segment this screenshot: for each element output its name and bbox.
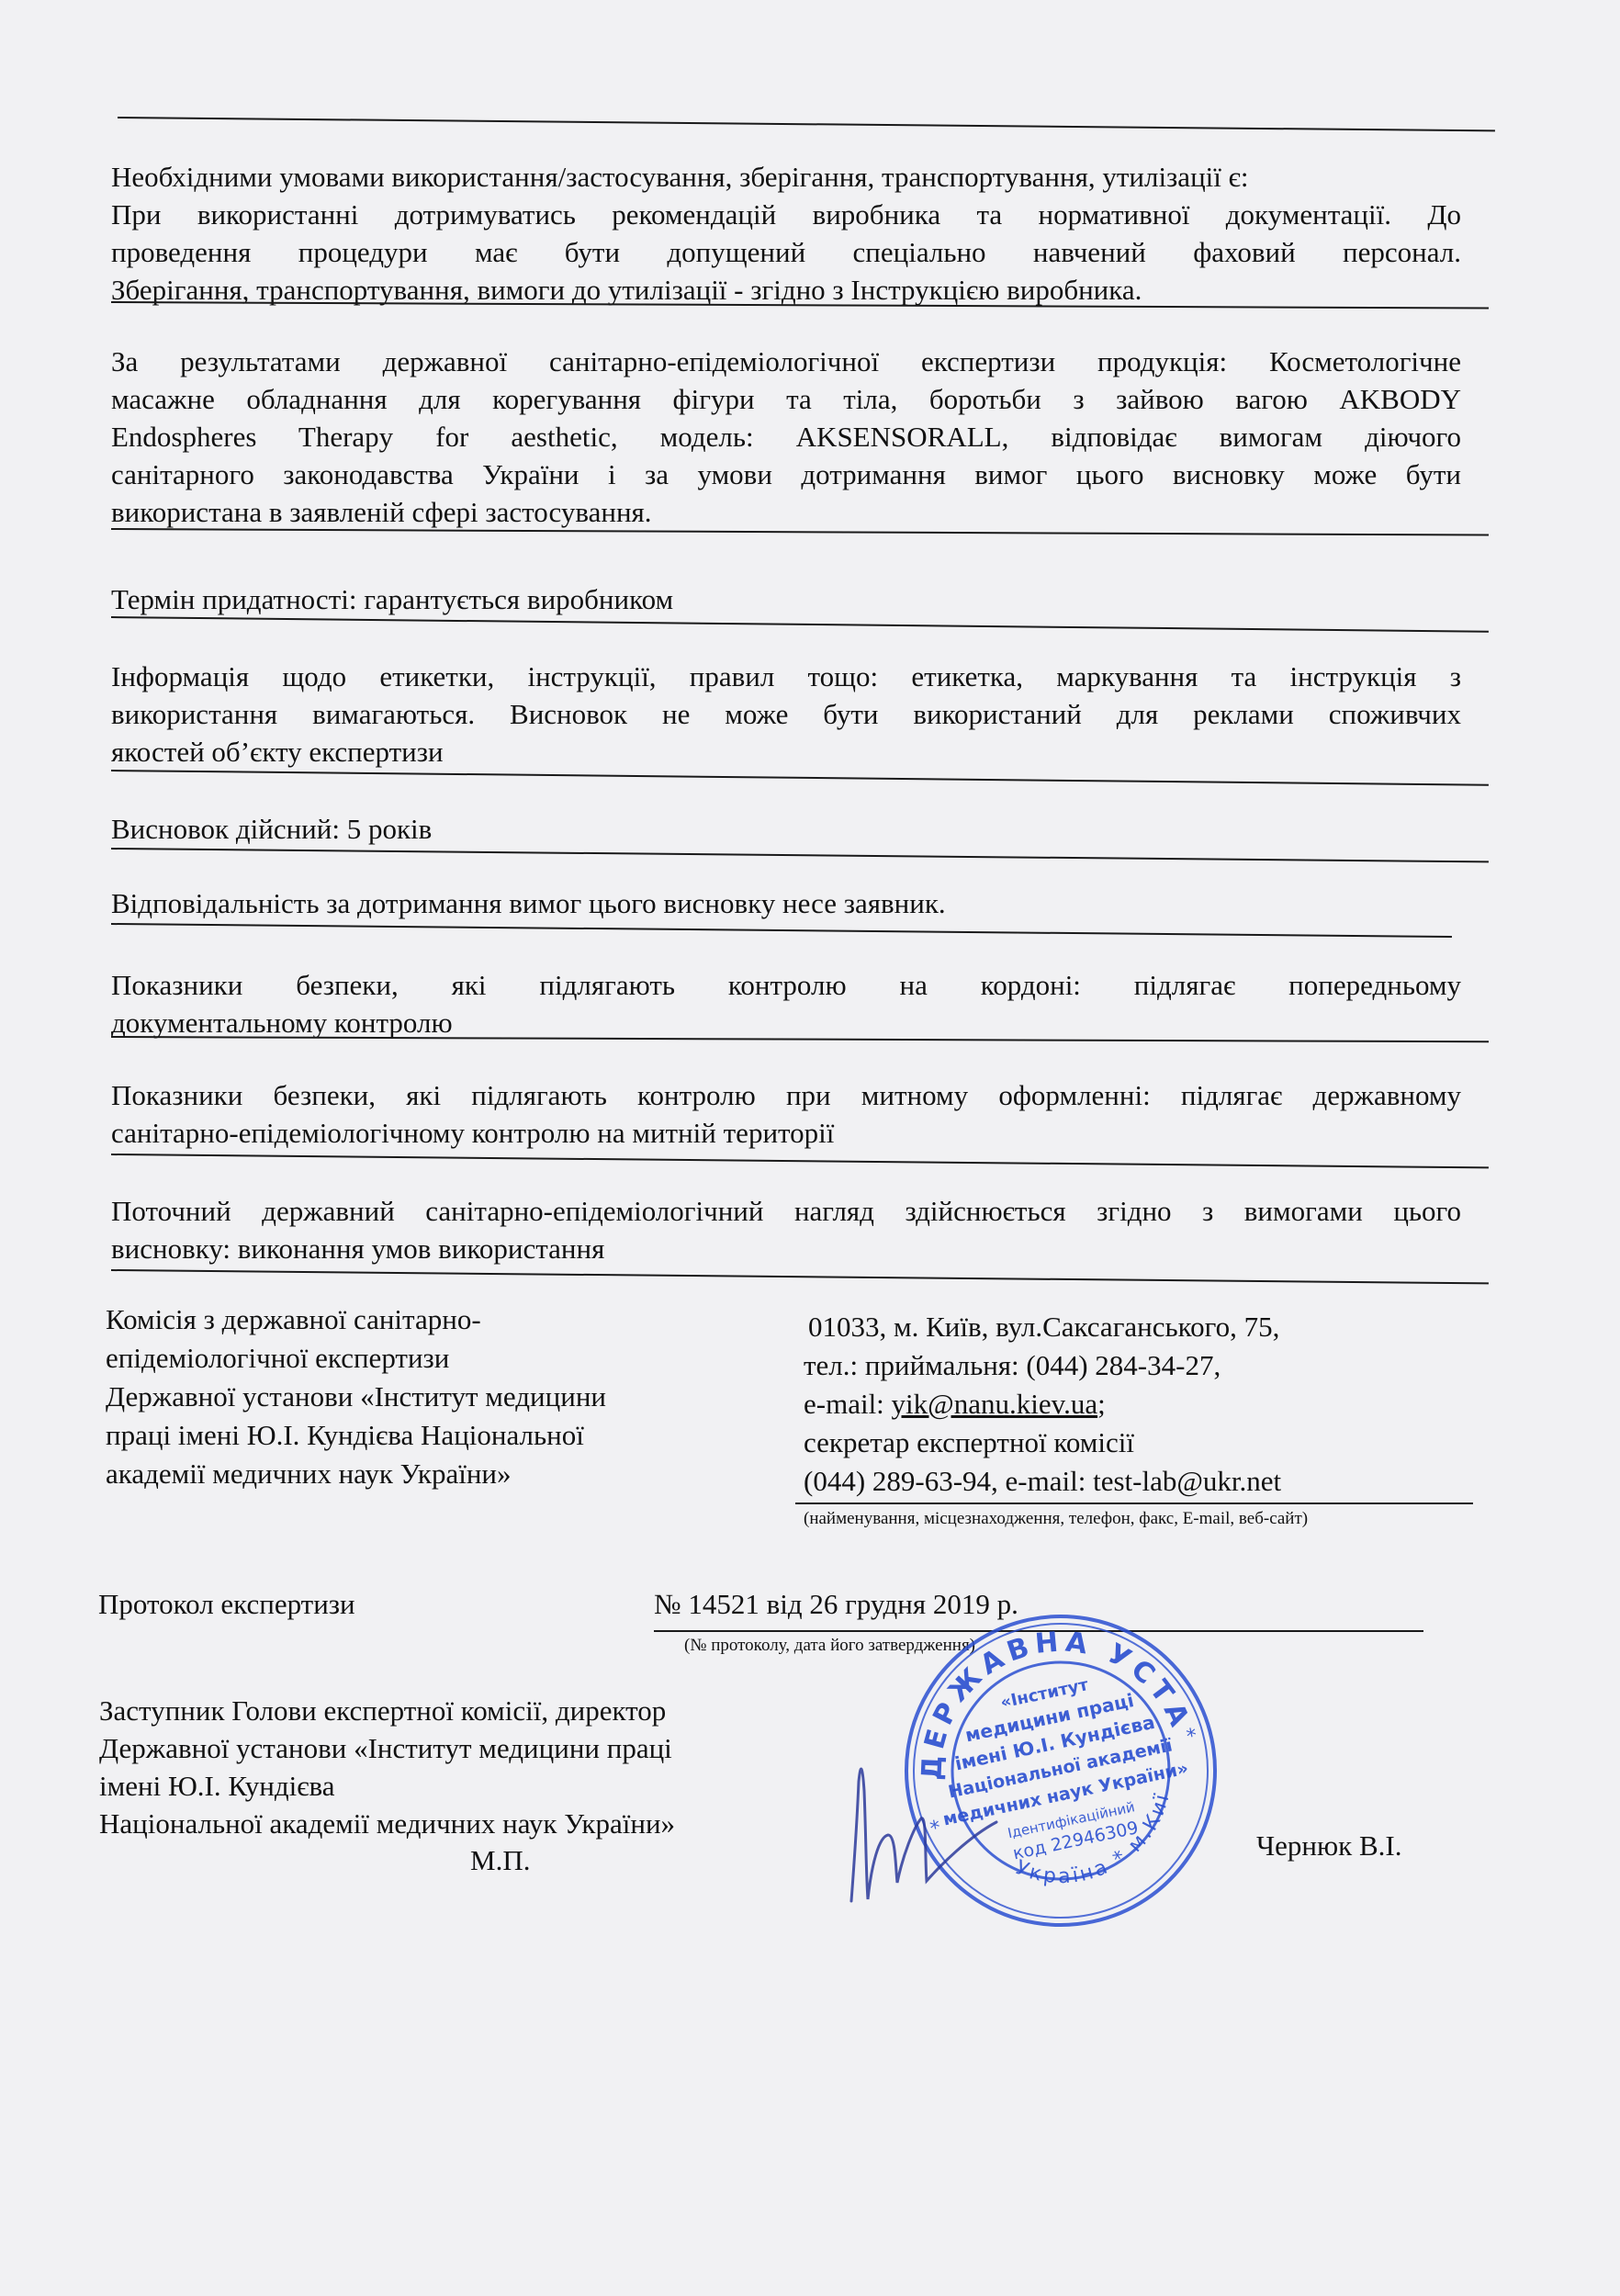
section-supervision: Поточний державний санітарно-епідеміолог…: [111, 1192, 1461, 1267]
text-line: Висновок дійсний: 5 років: [111, 810, 1461, 848]
commission-block: Комісія з державної санітарно- епідеміол…: [106, 1300, 606, 1493]
email-suffix: ;: [1097, 1388, 1106, 1420]
section-customs-control: Показники безпеки, які підлягають контро…: [111, 1076, 1461, 1152]
text-line: використана в заявленій сфері застосуван…: [111, 493, 1461, 531]
contacts-underline: [795, 1503, 1473, 1504]
text-line: Комісія з державної санітарно-: [106, 1300, 606, 1339]
text-line: Endospheres Therapy for aesthetic, модел…: [111, 418, 1461, 456]
divider: [111, 616, 1489, 633]
text-line: Національної академії медичних наук Укра…: [99, 1805, 675, 1842]
email-link[interactable]: yik@nanu.kiev.ua: [892, 1388, 1098, 1420]
secretary-label: секретар експертної комісії: [804, 1424, 1281, 1462]
text-line: Показники безпеки, які підлягають контро…: [111, 1076, 1461, 1114]
text-line: висновку: виконання умов використання: [111, 1230, 1461, 1267]
text-line: Необхідними умовами використання/застосу…: [111, 158, 1461, 196]
divider: [111, 1154, 1489, 1168]
text-line: санітарного законодавства України і за у…: [111, 456, 1461, 493]
section-validity: Висновок дійсний: 5 років: [111, 810, 1461, 848]
email-label: e-mail:: [804, 1388, 892, 1420]
signature-icon: [831, 1727, 1015, 1910]
text-line: Відповідальність за дотримання вимог цьо…: [111, 884, 1461, 922]
text-line: масажне обладнання для корегування фігур…: [111, 380, 1461, 418]
text-line: епідеміологічної експертизи: [106, 1339, 606, 1378]
text-line: Державної установи «Інститут медицини пр…: [99, 1729, 675, 1767]
text-line: академії медичних наук України»: [106, 1455, 606, 1493]
section-shelf-life: Термін придатності: гарантується виробни…: [111, 580, 1461, 618]
text-line: Термін придатності: гарантується виробни…: [111, 580, 1461, 618]
text-line: імені Ю.І. Кундієва: [99, 1767, 675, 1805]
seal-label: М.П.: [470, 1842, 530, 1879]
text-line: При використанні дотримуватись рекоменда…: [111, 196, 1461, 233]
divider: [111, 848, 1489, 862]
text-line: Державної установи «Інститут медицини: [106, 1378, 606, 1416]
signatory-block: Заступник Голови експертної комісії, дир…: [99, 1692, 675, 1842]
text-line: Показники безпеки, які підлягають контро…: [111, 966, 1461, 1004]
section-border-control: Показники безпеки, які підлягають контро…: [111, 966, 1461, 1041]
email-line: e-mail: yik@nanu.kiev.ua;: [804, 1385, 1281, 1424]
text-line: Інформація щодо етикетки, інструкції, пр…: [111, 658, 1461, 695]
phone: тел.: приймальня: (044) 284-34-27,: [804, 1346, 1281, 1385]
signatory-name: Чернюк В.І.: [1256, 1828, 1401, 1864]
text-line: санітарно-епідеміологічному контролю на …: [111, 1114, 1461, 1152]
text-line: праці імені Ю.І. Кундієва Національної: [106, 1416, 606, 1455]
text-line: За результатами державної санітарно-епід…: [111, 343, 1461, 380]
divider-top: [118, 117, 1495, 131]
contacts-caption: (найменування, місцезнаходження, телефон…: [804, 1508, 1308, 1530]
text-line: якостей об’єкту експертизи: [111, 733, 1461, 771]
divider: [111, 770, 1489, 786]
protocol-label: Протокол експертизи: [98, 1586, 355, 1623]
document-page: Необхідними умовами використання/застосу…: [0, 0, 1620, 2296]
section-label-info: Інформація щодо етикетки, інструкції, пр…: [111, 658, 1461, 771]
contacts-block: 01033, м. Київ, вул.Саксаганського, 75, …: [804, 1308, 1281, 1501]
section-responsibility: Відповідальність за дотримання вимог цьо…: [111, 884, 1461, 922]
text-line: використання вимагаються. Висновок не мо…: [111, 695, 1461, 733]
svg-text:*: *: [1185, 1725, 1199, 1750]
divider: [111, 1269, 1489, 1284]
section-usage-conditions: Необхідними умовами використання/застосу…: [111, 158, 1461, 309]
section-expertise-result: За результатами державної санітарно-епід…: [111, 343, 1461, 531]
text-line: Заступник Голови експертної комісії, дир…: [99, 1692, 675, 1729]
secretary-contact: (044) 289-63-94, e-mail: test-lab@ukr.ne…: [804, 1462, 1281, 1501]
divider: [111, 923, 1452, 938]
address: 01033, м. Київ, вул.Саксаганського, 75,: [804, 1308, 1281, 1346]
text-line: проведення процедури має бути допущений …: [111, 233, 1461, 271]
text-line: Поточний державний санітарно-епідеміолог…: [111, 1192, 1461, 1230]
